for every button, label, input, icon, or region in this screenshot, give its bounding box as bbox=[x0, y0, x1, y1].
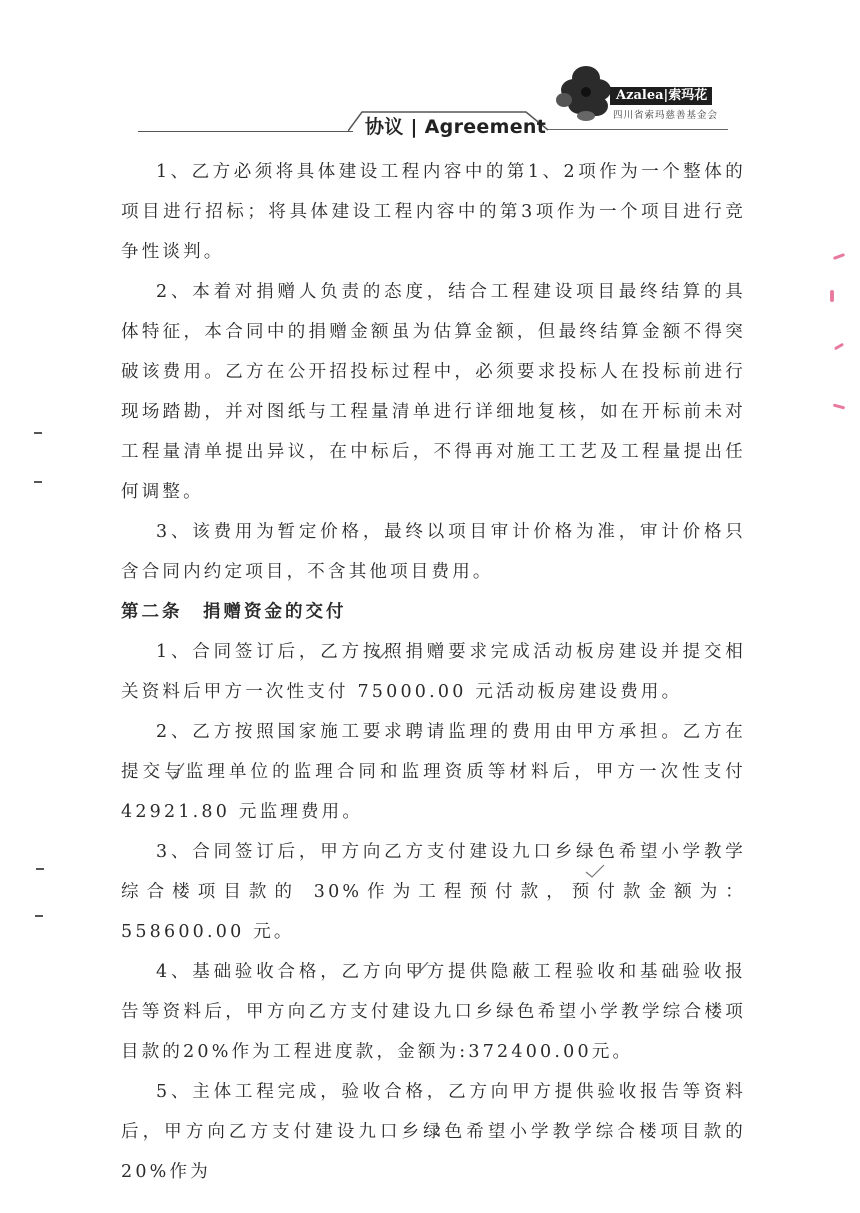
seal-stamp-fragment bbox=[833, 253, 845, 260]
logo-brand-name: Azalea|索玛花 bbox=[610, 87, 712, 105]
clause-1-3: 3、该费用为暂定价格，最终以项目审计价格为准，审计价格只含合同内约定项目，不含其… bbox=[121, 512, 746, 592]
seal-stamp-fragment bbox=[830, 290, 834, 302]
binding-hole-mark bbox=[34, 481, 42, 483]
clause-2-1: 1、合同签订后，乙方按照捐赠要求完成活动板房建设并提交相关资料后甲方一次性支付 … bbox=[121, 632, 746, 712]
handwritten-checkmark-icon bbox=[372, 642, 394, 662]
handwritten-checkmark-icon bbox=[584, 862, 606, 882]
section-heading-article-2: 第二条 捐赠资金的交付 bbox=[121, 592, 746, 632]
seal-stamp-fragment bbox=[834, 343, 844, 351]
clause-1-2: 2、本着对捐赠人负责的态度，结合工程建设项目最终结算的具体特征，本合同中的捐赠金… bbox=[121, 272, 746, 512]
agreement-body: 1、乙方必须将具体建设工程内容中的第1、2项作为一个整体的项目进行招标；将具体建… bbox=[121, 152, 746, 1192]
binding-hole-mark bbox=[34, 432, 42, 434]
clause-1-1: 1、乙方必须将具体建设工程内容中的第1、2项作为一个整体的项目进行招标；将具体建… bbox=[121, 152, 746, 272]
logo-foundation-name: 四川省索玛慈善基金会 bbox=[613, 107, 718, 121]
clause-2-4: 4、基础验收合格，乙方向甲方提供隐蔽工程验收和基础验收报告等资料后，甲方向乙方支… bbox=[121, 952, 746, 1072]
foundation-logo: Azalea|索玛花 四川省索玛慈善基金会 bbox=[556, 60, 731, 122]
header-rule-left bbox=[138, 131, 353, 132]
binding-hole-mark bbox=[35, 915, 43, 917]
header-rule-right bbox=[548, 129, 728, 130]
document-title: 协议 | Agreement bbox=[365, 112, 546, 139]
clause-2-2: 2、乙方按照国家施工要求聘请监理的费用由甲方承担。乙方在提交与监理单位的监理合同… bbox=[121, 712, 746, 832]
clause-2-3: 3、合同签订后，甲方向乙方支付建设九口乡绿色希望小学教学综合楼项目款的 30%作… bbox=[121, 832, 746, 952]
seal-stamp-fragment bbox=[833, 403, 845, 409]
binding-hole-mark bbox=[36, 868, 44, 870]
handwritten-checkmark-icon bbox=[408, 962, 430, 982]
handwritten-checkmark-icon bbox=[166, 762, 188, 782]
page-number: - 2 - bbox=[424, 1124, 449, 1139]
